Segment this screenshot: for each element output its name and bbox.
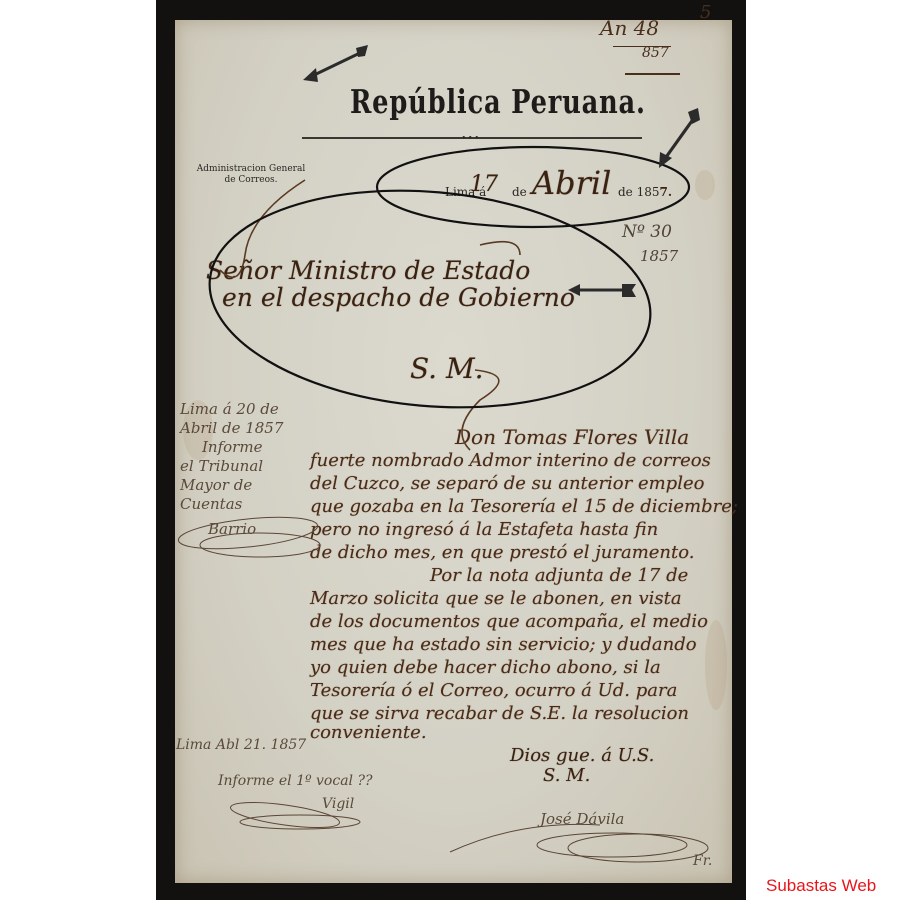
addressee-highlight-ellipse (201, 173, 660, 425)
arrow-icon (659, 108, 700, 168)
date-highlight-ellipse (377, 147, 689, 227)
signature-flourishes (177, 512, 708, 862)
watermark-label: Subastas Web (766, 876, 876, 896)
arrow-icon (568, 284, 636, 297)
addressee-flourishes (220, 180, 520, 450)
arrow-icon (303, 45, 368, 82)
annotation-overlay (0, 0, 900, 900)
